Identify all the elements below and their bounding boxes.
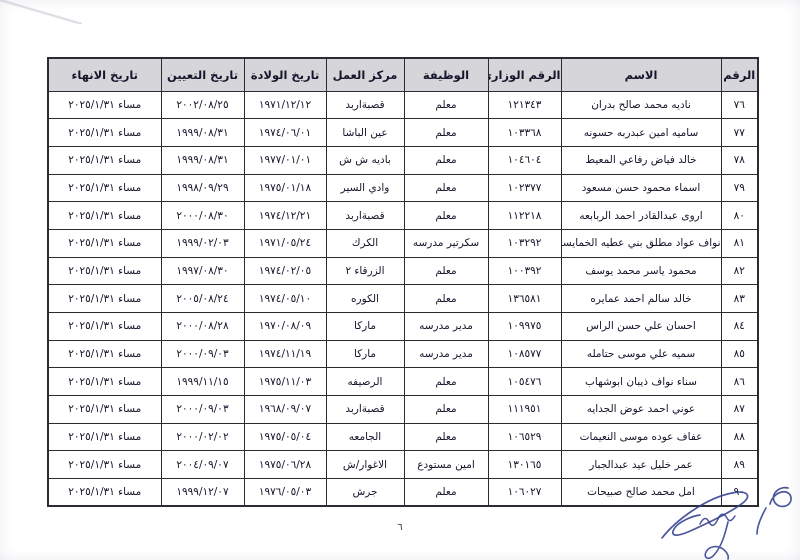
cell-name: عمر خليل عيد عبدالجبار: [561, 451, 721, 479]
cell-serial: ٨٥: [721, 340, 758, 368]
cell-work-center: عين الباشا: [326, 119, 404, 147]
cell-appointment-date: ١٩٩٩/٠٨/٣١: [161, 119, 244, 147]
cell-end-date: مساء ٢٠٢٥/١/٣١: [48, 423, 161, 451]
cell-name: خالد سالم احمد عمايره: [561, 285, 721, 313]
table-row: ٨٤ احسان علي حسن الراس ١٠٩٩٧٥ مدير مدرسه…: [48, 313, 758, 341]
cell-ministry-number: ١٠٢٣٧٧: [488, 174, 561, 202]
cell-serial: ٨٧: [721, 396, 758, 424]
cell-serial: ٨٩: [721, 451, 758, 479]
cell-serial: ٧٦: [721, 91, 758, 119]
scan-corner-fold: [0, 0, 82, 24]
cell-job: مدير مدرسه: [404, 313, 488, 341]
cell-job: معلم: [404, 146, 488, 174]
cell-appointment-date: ١٩٩٧/٠٨/٣٠: [161, 257, 244, 285]
cell-serial: ٨٢: [721, 257, 758, 285]
header-birth-date: تاريخ الولادة: [244, 58, 326, 91]
cell-job: معلم: [404, 257, 488, 285]
cell-birth-date: ١٩٧٠/٠٨/٠٩: [244, 313, 326, 341]
table-row: ٧٧ ساميه امين عبدربه حسونه ١٠٣٣٦٨ معلم ع…: [48, 119, 758, 147]
cell-serial: ٨٤: [721, 313, 758, 341]
cell-appointment-date: ١٩٩٩/١٢/٠٧: [161, 479, 244, 507]
table-row: ٨٠ اروى عبدالقادر احمد الربابعه ١١٢٢١٨ م…: [48, 202, 758, 230]
cell-job: معلم: [404, 174, 488, 202]
cell-ministry-number: ١٠٤٦٠٤: [488, 146, 561, 174]
header-job: الوظيفة: [404, 58, 488, 91]
cell-job: معلم: [404, 91, 488, 119]
cell-name: اروى عبدالقادر احمد الربابعه: [561, 202, 721, 230]
cell-appointment-date: ١٩٩٩/٠٢/٠٣: [161, 229, 244, 257]
cell-ministry-number: ١١١٩٥١: [488, 396, 561, 424]
table-row: ٨٩ عمر خليل عيد عبدالجبار ١٣٠١٦٥ امين مس…: [48, 451, 758, 479]
cell-work-center: الزرقاء ٢: [326, 257, 404, 285]
cell-appointment-date: ٢٠٠٠/٠٨/٢٨: [161, 313, 244, 341]
header-end-date: تاريخ الانهاء: [48, 58, 161, 91]
cell-ministry-number: ١٢١٣٤٣: [488, 91, 561, 119]
cell-name: احسان علي حسن الراس: [561, 313, 721, 341]
cell-name: ناديه محمد صالح بدران: [561, 91, 721, 119]
header-ministry-number: الرقم الوزاري: [488, 58, 561, 91]
cell-job: مدير مدرسه: [404, 340, 488, 368]
table-header-row: الرقم الاسم الرقم الوزاري الوظيفة مركز ا…: [48, 58, 758, 91]
cell-work-center: الاغوار/ش: [326, 451, 404, 479]
cell-ministry-number: ١٠٩٩٧٥: [488, 313, 561, 341]
cell-work-center: الجامعه: [326, 423, 404, 451]
cell-ministry-number: ١٠٦٥٢٩: [488, 423, 561, 451]
cell-job: معلم: [404, 479, 488, 507]
cell-end-date: مساء ٢٠٢٥/١/٣١: [48, 229, 161, 257]
cell-end-date: مساء ٢٠٢٥/١/٣١: [48, 451, 161, 479]
cell-name: خالد فياض رفاعي المعيط: [561, 146, 721, 174]
cell-end-date: مساء ٢٠٢٥/١/٣١: [48, 174, 161, 202]
cell-name: سناء نواف ذيبان ابوشهاب: [561, 368, 721, 396]
cell-ministry-number: ١٠٣٣٦٨: [488, 119, 561, 147]
cell-end-date: مساء ٢٠٢٥/١/٣١: [48, 146, 161, 174]
cell-end-date: مساء ٢٠٢٥/١/٣١: [48, 368, 161, 396]
cell-birth-date: ١٩٧٤/١١/١٩: [244, 340, 326, 368]
cell-name: عفاف عوده موسى النعيمات: [561, 423, 721, 451]
cell-appointment-date: ١٩٩٩/١١/١٥: [161, 368, 244, 396]
cell-work-center: الرصيفه: [326, 368, 404, 396]
cell-name: سميه علي موسى حتامله: [561, 340, 721, 368]
cell-appointment-date: ١٩٩٩/٠٨/٣١: [161, 146, 244, 174]
cell-end-date: مساء ٢٠٢٥/١/٣١: [48, 285, 161, 313]
cell-job: امين مستودع: [404, 451, 488, 479]
table-row: ٨٥ سميه علي موسى حتامله ١٠٨٥٧٧ مدير مدرس…: [48, 340, 758, 368]
cell-appointment-date: ١٩٩٨/٠٩/٢٩: [161, 174, 244, 202]
cell-ministry-number: ١٠٠٣٩٢: [488, 257, 561, 285]
cell-appointment-date: ٢٠٠٠/٠٨/٣٠: [161, 202, 244, 230]
table-row: ٨٨ عفاف عوده موسى النعيمات ١٠٦٥٢٩ معلم ا…: [48, 423, 758, 451]
cell-birth-date: ١٩٧٥/١١/٠٣: [244, 368, 326, 396]
employee-termination-table: الرقم الاسم الرقم الوزاري الوظيفة مركز ا…: [47, 57, 759, 507]
table-row: ٧٦ ناديه محمد صالح بدران ١٢١٣٤٣ معلم قصب…: [48, 91, 758, 119]
cell-name: عوني احمد عوض الجدايه: [561, 396, 721, 424]
cell-end-date: مساء ٢٠٢٥/١/٣١: [48, 479, 161, 507]
cell-birth-date: ١٩٧٥/٠٥/٠٤: [244, 423, 326, 451]
cell-name: محمود ياسر محمد يوسف: [561, 257, 721, 285]
cell-end-date: مساء ٢٠٢٥/١/٣١: [48, 119, 161, 147]
cell-end-date: مساء ٢٠٢٥/١/٣١: [48, 91, 161, 119]
cell-serial: ٩٠: [721, 479, 758, 507]
table-row: ٨٢ محمود ياسر محمد يوسف ١٠٠٣٩٢ معلم الزر…: [48, 257, 758, 285]
cell-job: معلم: [404, 119, 488, 147]
table-row: ٧٩ اسماء محمود حسن مسعود ١٠٢٣٧٧ معلم واد…: [48, 174, 758, 202]
page-number: ٦: [390, 522, 410, 533]
cell-name: اسماء محمود حسن مسعود: [561, 174, 721, 202]
cell-serial: ٨١: [721, 229, 758, 257]
cell-name: امل محمد صالح صبيحات: [561, 479, 721, 507]
cell-serial: ٧٨: [721, 146, 758, 174]
cell-end-date: مساء ٢٠٢٥/١/٣١: [48, 202, 161, 230]
header-serial: الرقم: [721, 58, 758, 91]
cell-serial: ٨٣: [721, 285, 758, 313]
table-row: ٨٦ سناء نواف ذيبان ابوشهاب ١٠٥٤٧٦ معلم ا…: [48, 368, 758, 396]
header-name: الاسم: [561, 58, 721, 91]
table-row: ٩٠ امل محمد صالح صبيحات ١٠٦٠٢٧ معلم جرش …: [48, 479, 758, 507]
cell-appointment-date: ٢٠٠٠/٠٩/٠٣: [161, 396, 244, 424]
cell-birth-date: ١٩٧٤/٠٥/١٠: [244, 285, 326, 313]
cell-work-center: قصبةاربد: [326, 396, 404, 424]
cell-serial: ٧٧: [721, 119, 758, 147]
cell-ministry-number: ١٣٠١٦٥: [488, 451, 561, 479]
table-row: ٧٨ خالد فياض رفاعي المعيط ١٠٤٦٠٤ معلم با…: [48, 146, 758, 174]
cell-work-center: باديه ش ش: [326, 146, 404, 174]
cell-job: معلم: [404, 202, 488, 230]
cell-birth-date: ١٩٧٤/٠٦/٠١: [244, 119, 326, 147]
cell-birth-date: ١٩٧٥/٠٦/٢٨: [244, 451, 326, 479]
cell-serial: ٨٨: [721, 423, 758, 451]
cell-appointment-date: ٢٠٠٢/٠٨/٢٥: [161, 91, 244, 119]
cell-birth-date: ١٩٧١/١٢/١٢: [244, 91, 326, 119]
cell-birth-date: ١٩٧٧/٠١/٠١: [244, 146, 326, 174]
cell-work-center: جرش: [326, 479, 404, 507]
cell-ministry-number: ١٣٦٥٨١: [488, 285, 561, 313]
cell-birth-date: ١٩٧١/٠٥/٢٤: [244, 229, 326, 257]
cell-name: ساميه امين عبدربه حسونه: [561, 119, 721, 147]
cell-work-center: ماركا: [326, 313, 404, 341]
cell-end-date: مساء ٢٠٢٥/١/٣١: [48, 313, 161, 341]
cell-work-center: الكرك: [326, 229, 404, 257]
cell-appointment-date: ٢٠٠٠/٠٢/٠٢: [161, 423, 244, 451]
table-body: ٧٦ ناديه محمد صالح بدران ١٢١٣٤٣ معلم قصب…: [48, 91, 758, 506]
cell-birth-date: ١٩٧٦/٠٥/٠٣: [244, 479, 326, 507]
cell-work-center: قصبةاربد: [326, 91, 404, 119]
cell-job: معلم: [404, 396, 488, 424]
cell-end-date: مساء ٢٠٢٥/١/٣١: [48, 340, 161, 368]
cell-serial: ٨٠: [721, 202, 758, 230]
cell-work-center: وادي السير: [326, 174, 404, 202]
scanned-document-page: الرقم الاسم الرقم الوزاري الوظيفة مركز ا…: [0, 0, 800, 560]
cell-ministry-number: ١٠٥٤٧٦: [488, 368, 561, 396]
cell-ministry-number: ١٠٨٥٧٧: [488, 340, 561, 368]
cell-appointment-date: ٢٠٠٥/٠٨/٢٤: [161, 285, 244, 313]
cell-job: معلم: [404, 285, 488, 313]
header-work-center: مركز العمل: [326, 58, 404, 91]
cell-end-date: مساء ٢٠٢٥/١/٣١: [48, 396, 161, 424]
cell-job: معلم: [404, 368, 488, 396]
cell-ministry-number: ١١٢٢١٨: [488, 202, 561, 230]
cell-job: معلم: [404, 423, 488, 451]
cell-appointment-date: ٢٠٠٤/٠٩/٠٧: [161, 451, 244, 479]
cell-end-date: مساء ٢٠٢٥/١/٣١: [48, 257, 161, 285]
cell-birth-date: ١٩٧٥/٠١/١٨: [244, 174, 326, 202]
header-appointment-date: تاريخ التعيين: [161, 58, 244, 91]
cell-serial: ٨٦: [721, 368, 758, 396]
cell-ministry-number: ١٠٣٢٩٢: [488, 229, 561, 257]
cell-work-center: ماركا: [326, 340, 404, 368]
cell-work-center: قصبةاربد: [326, 202, 404, 230]
cell-appointment-date: ٢٠٠٠/٠٩/٠٣: [161, 340, 244, 368]
table-row: ٨١ نواف عواد مطلق بني عطيه الخمايسه ١٠٣٢…: [48, 229, 758, 257]
table-row: ٨٧ عوني احمد عوض الجدايه ١١١٩٥١ معلم قصب…: [48, 396, 758, 424]
cell-birth-date: ١٩٧٤/٠٢/٠٥: [244, 257, 326, 285]
cell-ministry-number: ١٠٦٠٢٧: [488, 479, 561, 507]
cell-birth-date: ١٩٧٤/١٢/٢١: [244, 202, 326, 230]
cell-serial: ٧٩: [721, 174, 758, 202]
table-row: ٨٣ خالد سالم احمد عمايره ١٣٦٥٨١ معلم الك…: [48, 285, 758, 313]
cell-name: نواف عواد مطلق بني عطيه الخمايسه: [561, 229, 721, 257]
cell-work-center: الكوره: [326, 285, 404, 313]
cell-birth-date: ١٩٦٨/٠٩/٠٧: [244, 396, 326, 424]
cell-job: سكرتير مدرسه: [404, 229, 488, 257]
